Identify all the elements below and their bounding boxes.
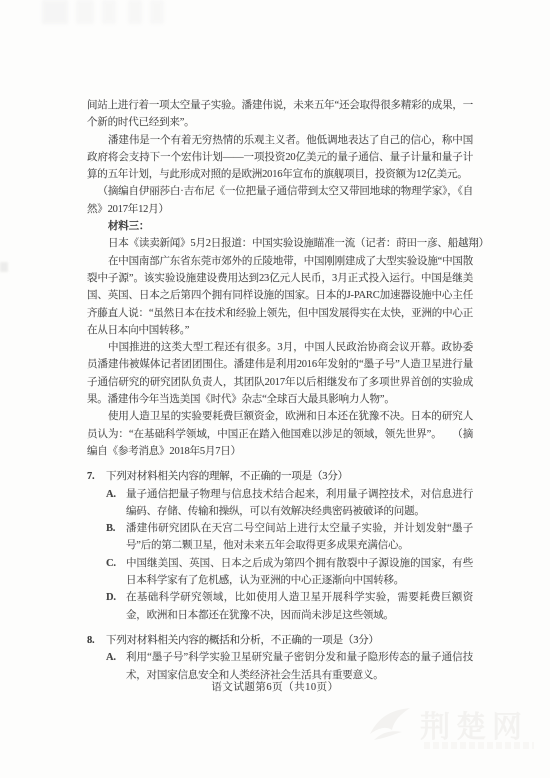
question-8-stem-row: 8. 下列对材料相关内容的概括和分析，不正确的一项是（3分）	[87, 632, 473, 649]
watermark-bird-logo	[368, 704, 412, 744]
watermark-url-strip	[424, 742, 534, 749]
question-number: 7.	[87, 468, 106, 485]
option-text: 潘建伟研究团队在天宫二号空间站上进行太空量子实验，并计划发射“墨子号”后的第二颗…	[126, 520, 473, 555]
material3-heading: 材料三：	[87, 218, 473, 235]
option-letter: B.	[106, 520, 126, 555]
option-B: B. 潘建伟研究团队在天宫二号空间站上进行太空量子实验，并计划发射“墨子号”后的…	[106, 520, 473, 555]
page-content: 间站上进行着一项太空量子实验。潘建伟说，未来五年“还会取得很多精彩的成果，一个新…	[87, 97, 473, 684]
question-7-stem-row: 7. 下列对材料相关内容的理解，不正确的一项是（3分）	[87, 468, 473, 485]
option-text: 在基础科学研究领域，比如使用人造卫星开展科学实验，需要耗费巨额资金，欧洲和日本都…	[126, 589, 473, 624]
option-text: 中国继美国、英国、日本之后成为第四个拥有散裂中子源设施的国家，有些日本科学家有了…	[126, 555, 473, 590]
scan-artifact	[42, 0, 172, 24]
site-watermark: 荆楚网	[368, 698, 550, 760]
material2-paragraph: 潘建伟是一个有着无穷热情的乐观主义者。他低调地表达了自己的信心，称中国政府将会支…	[87, 132, 473, 184]
option-text: 量子通信把量子物理与信息技术结合起来，利用量子调控技术，对信息进行编码、存储、传…	[126, 486, 473, 521]
material3-paragraph: 在中国南部广东省东莞市郊外的丘陵地带，中国刚刚建成了大型实验设施“中国散裂中子源…	[87, 253, 473, 339]
question-7-options: A. 量子通信把量子物理与信息技术结合起来，利用量子调控技术，对信息进行编码、存…	[106, 486, 473, 624]
material2-paragraph-continuation: 间站上进行着一项太空量子实验。潘建伟说，未来五年“还会取得很多精彩的成果，一个新…	[87, 97, 473, 132]
option-D: D. 在基础科学研究领域，比如使用人造卫星开展科学实验，需要耗费巨额资金，欧洲和…	[106, 589, 473, 624]
question-stem: 下列对材料相关内容的概括和分析，不正确的一项是（3分）	[106, 632, 473, 649]
question-8: 8. 下列对材料相关内容的概括和分析，不正确的一项是（3分） A. 利用“墨子号…	[87, 632, 473, 684]
question-stem: 下列对材料相关内容的理解，不正确的一项是（3分）	[106, 468, 473, 485]
exam-paper-page: 间站上进行着一项太空量子实验。潘建伟说，未来五年“还会取得很多精彩的成果，一个新…	[0, 0, 550, 778]
material3-paragraph-with-citation: 使用人造卫星的实验要耗费巨额资金，欧洲和日本还在犹豫不决。日本的研究人员认为：“…	[87, 408, 473, 460]
watermark-text: 荆楚网	[420, 702, 528, 746]
material2-citation: （摘编自伊丽莎白·吉布尼《一位把量子通信带到太空又带回地球的物理学家》，《自然》…	[87, 183, 473, 218]
option-letter: A.	[106, 486, 126, 521]
option-letter: D.	[106, 589, 126, 624]
question-7: 7. 下列对材料相关内容的理解，不正确的一项是（3分） A. 量子通信把量子物理…	[87, 468, 473, 624]
scan-edge-mark	[0, 262, 8, 272]
material3-paragraph: 中国推进的这类大型工程还有很多。3月，中国人民政治协商会议开幕。政协委员潘建伟被…	[87, 339, 473, 408]
page-footer: 语文试题第6页（共10页）	[0, 679, 550, 694]
question-number: 8.	[87, 632, 106, 649]
option-C: C. 中国继美国、英国、日本之后成为第四个拥有散裂中子源设施的国家，有些日本科学…	[106, 555, 473, 590]
option-letter: C.	[106, 555, 126, 590]
option-A: A. 量子通信把量子物理与信息技术结合起来，利用量子调控技术，对信息进行编码、存…	[106, 486, 473, 521]
material3-byline: 日本《读卖新闻》5月2日报道：中国实验设施瞄准一流（记者：莳田一彦、船越翔）	[87, 235, 473, 252]
